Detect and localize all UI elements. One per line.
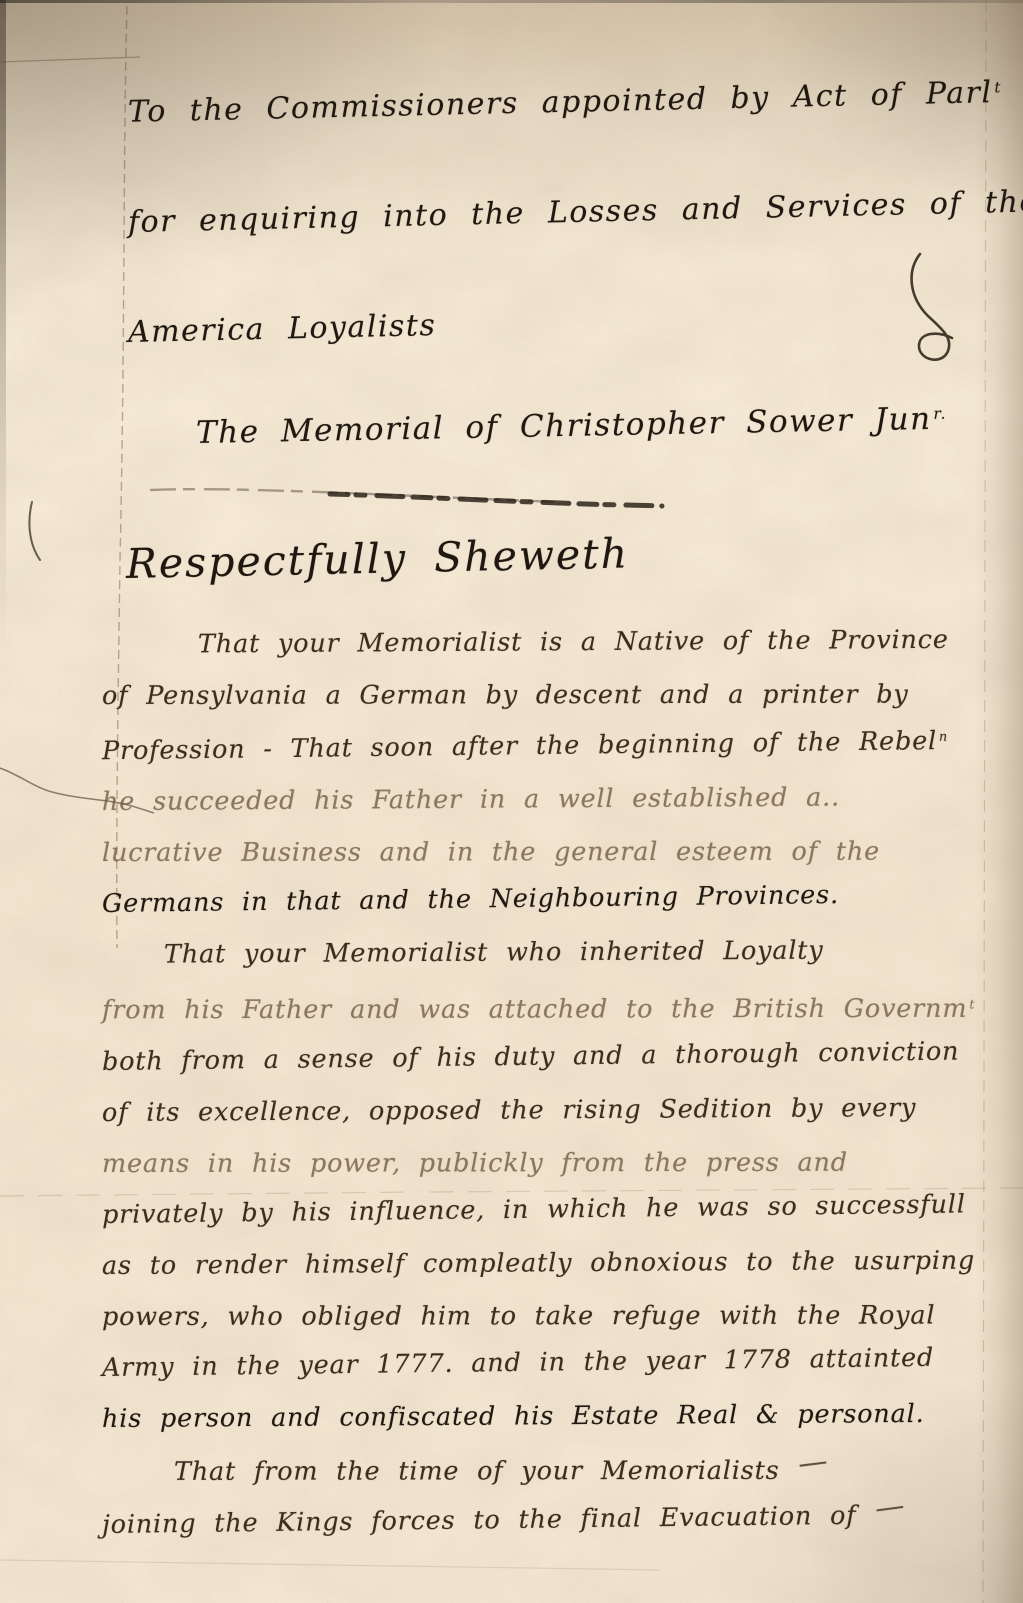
manuscript-line: as to render himself compleatly obnoxiou… — [102, 1235, 1007, 1292]
manuscript-line: That your Memorialist is a Native of the… — [102, 614, 1007, 671]
manuscript-line-text: The Memorial of Christopher Sower Jun — [196, 401, 932, 451]
manuscript-line: Germans in that and the Neighbouring Pro… — [102, 868, 1008, 930]
manuscript-line: Army in the year 1777. and in the year 1… — [102, 1332, 1008, 1394]
manuscript-line-text: lucrative Business and in the general es… — [102, 837, 880, 868]
manuscript-line-text: America Loyalists — [128, 308, 437, 350]
paper-edge-left — [0, 0, 6, 650]
ink-dash-flourish: — — [872, 1479, 909, 1534]
manuscript-line-text: Army in the year 1777. and in the year 1… — [102, 1342, 934, 1382]
manuscript-line: The Memorial of Christopher Sower Junr. — [195, 389, 996, 457]
manuscript-line: both from a sense of his duty and a thor… — [102, 1026, 1008, 1088]
superscript-abbreviation: n — [939, 730, 948, 745]
paper-edge-top — [0, 0, 1023, 3]
manuscript-line-text: That your Memorialist who inherited Loya… — [164, 936, 824, 970]
manuscript-line-text: joining the Kings forces to the final Ev… — [102, 1500, 857, 1539]
manuscript-line: America Loyalists — [127, 258, 1009, 388]
superscript-abbreviation: t — [969, 998, 975, 1013]
manuscript-line-text: Germans in that and the Neighbouring Pro… — [102, 880, 839, 919]
manuscript-line-text: That your Memorialist is a Native of the… — [198, 625, 949, 660]
crease-horizontal-top — [0, 57, 140, 62]
manuscript-line-text: both from a sense of his duty and a thor… — [102, 1036, 960, 1076]
manuscript-line-text: That from the time of your Memorialists — [174, 1455, 780, 1486]
memorial-title-block: The Memorial of Christopher Sower Junr. — [196, 404, 996, 457]
superscript-abbreviation: t — [994, 78, 1002, 96]
manuscript-line: joining the Kings forces to the final Ev… — [102, 1487, 1008, 1551]
manuscript-line-text: of Pensylvania a German by descent and a… — [102, 680, 909, 711]
manuscript-line-text: from his Father and was attached to the … — [102, 994, 967, 1026]
manuscript-line-text: his person and confiscated his Estate Re… — [102, 1399, 925, 1434]
superscript-abbreviation: r. — [933, 405, 947, 423]
manuscript-line: for enquiring into the Losses and Servic… — [127, 148, 1009, 278]
ink-dash-flourish: — — [796, 1435, 832, 1489]
manuscript-line-text: To the Commissioners appointed by Act of… — [128, 75, 993, 130]
margin-ink-stroke — [29, 502, 40, 560]
manuscript-line: of its excellence, opposed the rising Se… — [102, 1082, 1007, 1139]
strikethrough-smudge-dark — [330, 494, 662, 506]
crease-horizontal-bottom — [0, 1560, 660, 1570]
manuscript-line-text: Profession - That soon after the beginni… — [102, 726, 937, 766]
salutation-block: Respectfully Sheweth — [126, 534, 826, 594]
manuscript-line-text: privately by his influence, in which he … — [102, 1189, 966, 1230]
manuscript-line-text: means in his power, publickly from the p… — [102, 1147, 848, 1178]
manuscript-line-text: he succeeded his Father in a well establ… — [102, 783, 840, 818]
memorial-body-block: That your Memorialist is a Native of the… — [102, 620, 1007, 1551]
address-block: To the Commissioners appointed by Act of… — [128, 52, 1008, 388]
manuscript-line-text: for enquiring into the Losses and Servic… — [128, 184, 1023, 240]
manuscript-line: Respectfully Sheweth — [125, 519, 826, 594]
manuscript-page: To the Commissioners appointed by Act of… — [0, 0, 1023, 1603]
manuscript-line: privately by his influence, in which he … — [102, 1179, 1008, 1241]
manuscript-line: To the Commissioners appointed by Act of… — [127, 32, 1009, 168]
manuscript-line: Profession - That soon after the beginni… — [102, 711, 1008, 777]
manuscript-line-text: of its excellence, opposed the rising Se… — [102, 1093, 917, 1128]
manuscript-line-text: powers, who obliged him to take refuge w… — [102, 1300, 935, 1331]
manuscript-line: his person and confiscated his Estate Re… — [102, 1388, 1007, 1445]
manuscript-line-text: as to render himself compleatly obnoxiou… — [102, 1245, 975, 1280]
manuscript-line: That your Memorialist who inherited Loya… — [102, 925, 1007, 982]
manuscript-line: he succeeded his Father in a well establ… — [102, 772, 1007, 829]
strikethrough-smudge — [150, 489, 560, 502]
manuscript-line-text: Respectfully Sheweth — [125, 529, 629, 588]
